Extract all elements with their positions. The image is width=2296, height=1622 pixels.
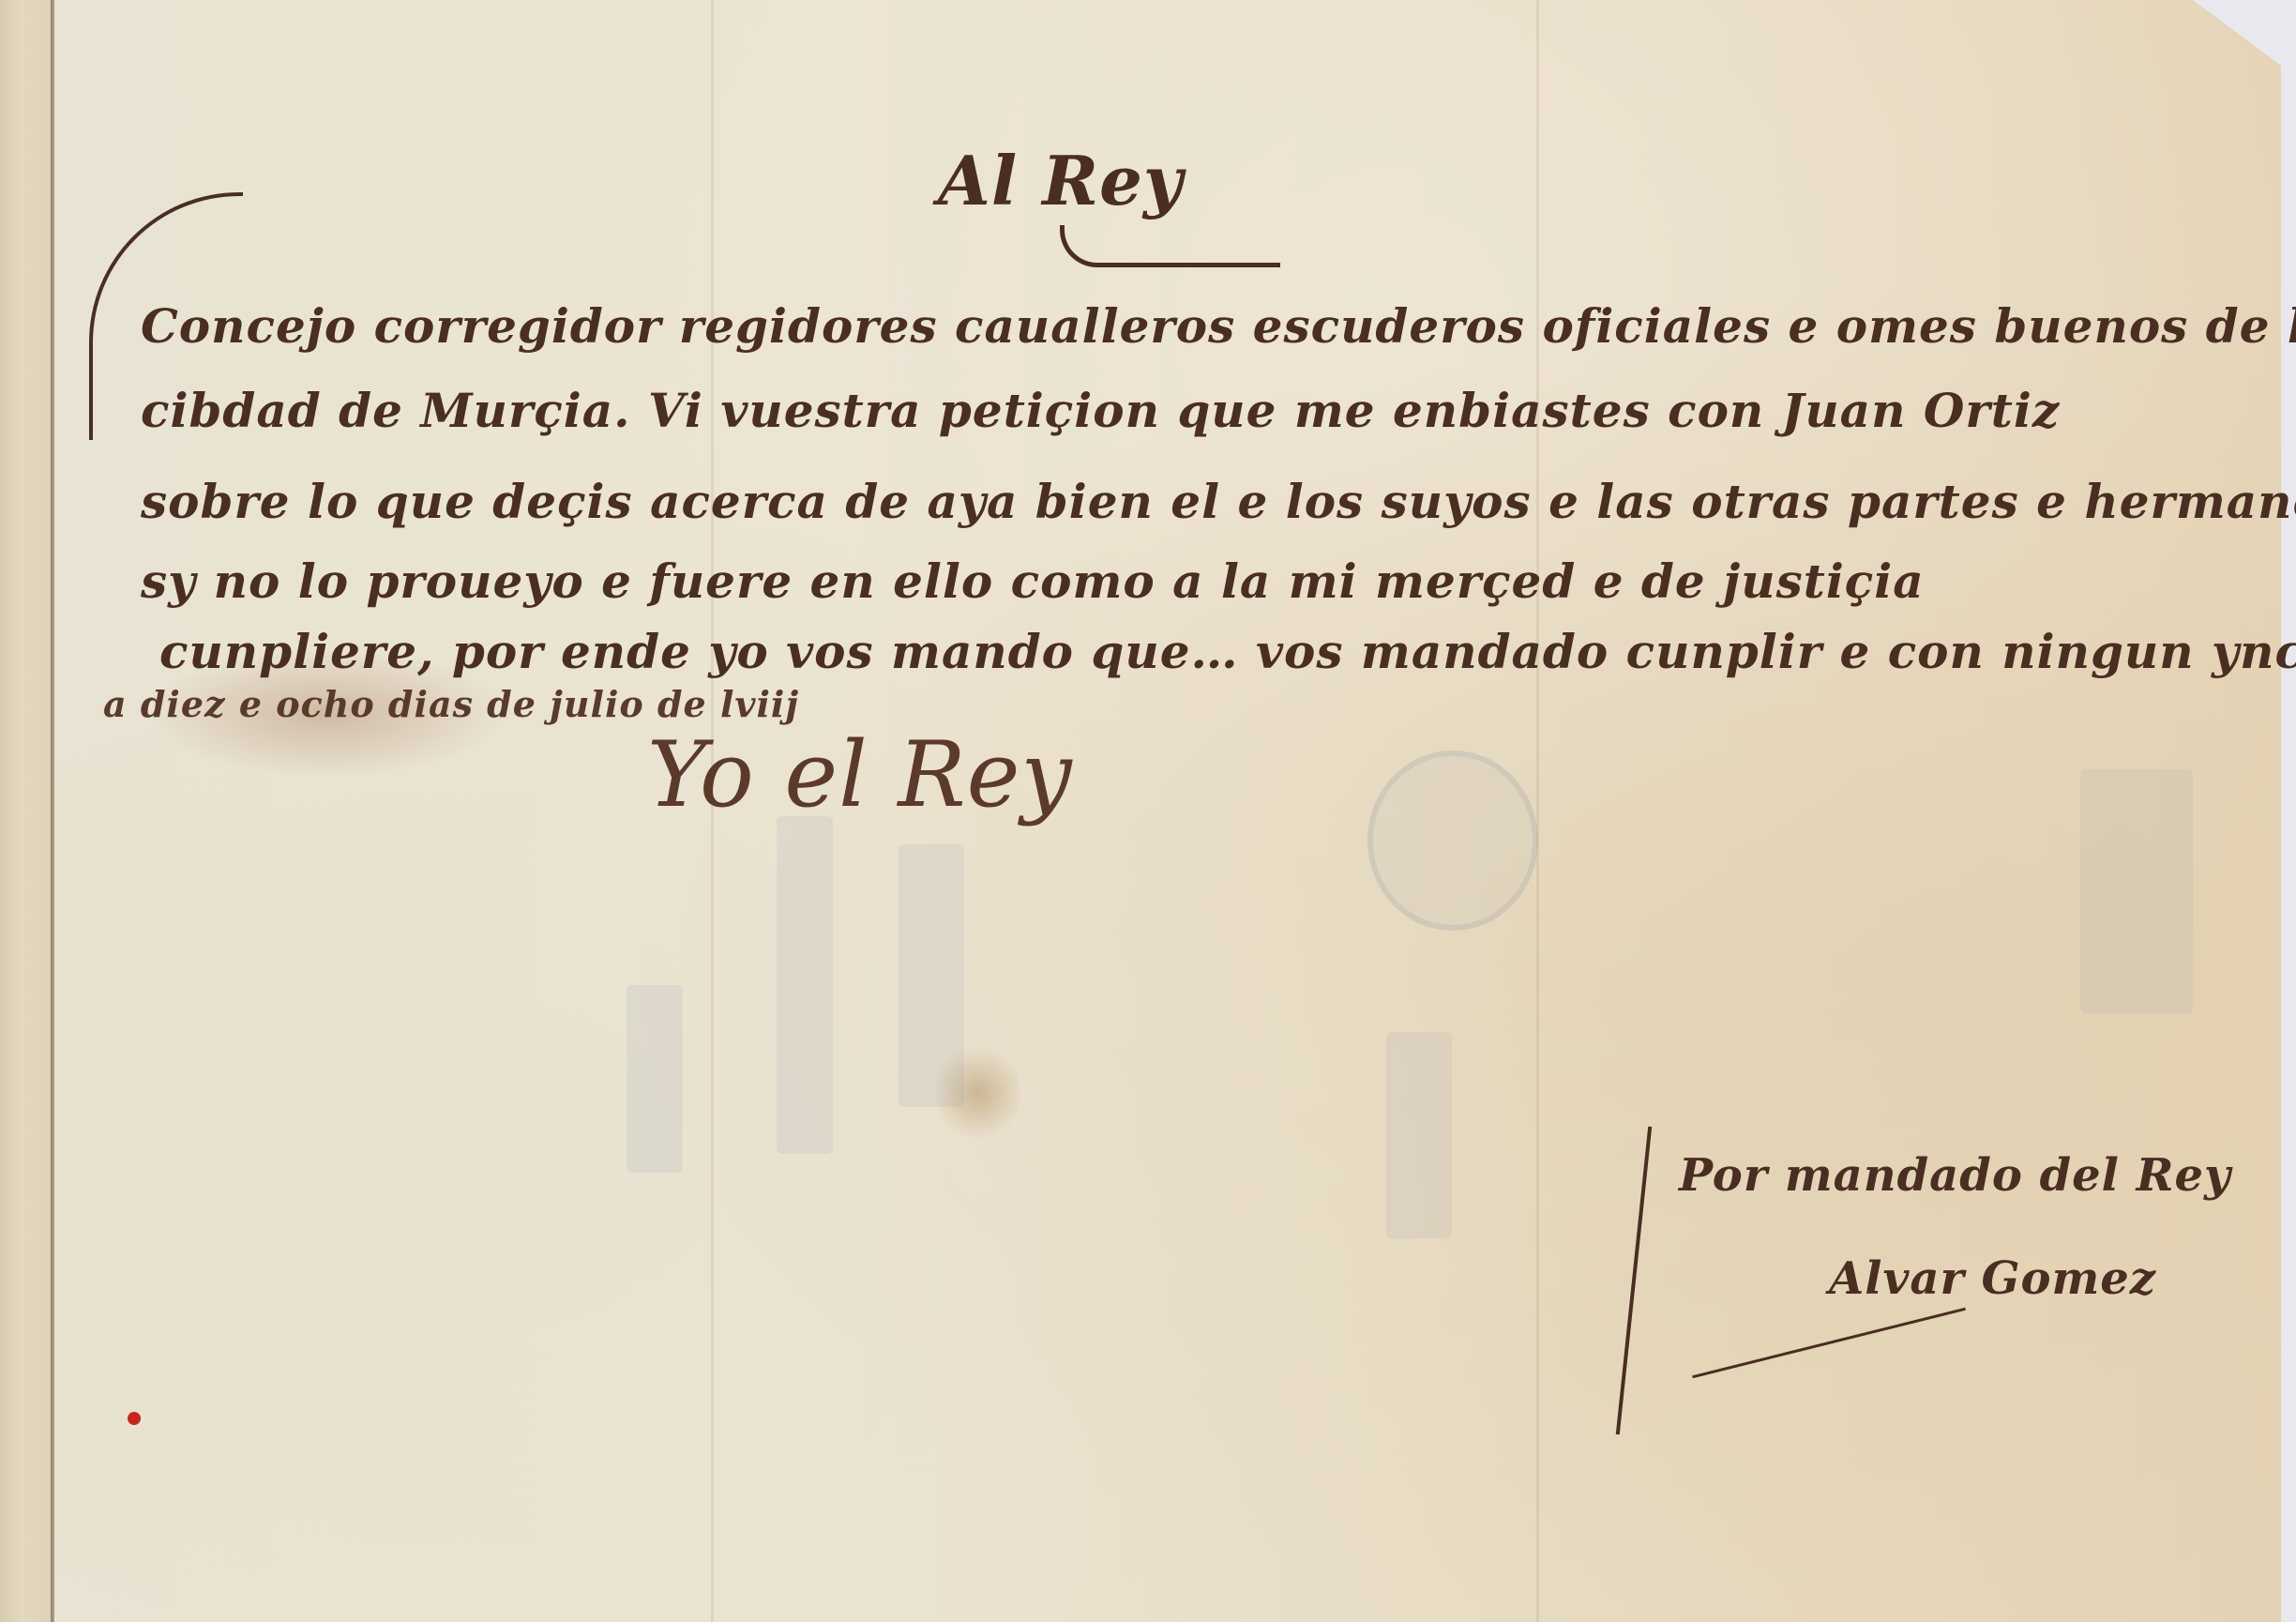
body-line-1: Concejo corregidor regidores caualleros … (141, 298, 2296, 354)
royal-signature: Yo el Rey (647, 722, 1073, 827)
fold-line (1536, 0, 1539, 1622)
bleed-through-text (2080, 769, 2193, 1013)
body-line-5: cunpliere, por ende yo vos mando que… vo… (159, 624, 2296, 679)
bleed-through-text (777, 816, 833, 1154)
red-wax-dot (128, 1412, 141, 1425)
body-line-4: sy no lo proueyo e fuere en ello como a … (141, 553, 1925, 609)
binding-strip (0, 0, 54, 1622)
heading-flourish (1060, 225, 1280, 267)
bleed-through-text (627, 985, 683, 1173)
address-heading: Al Rey (938, 141, 1184, 220)
countersignature-line-1: Por mandado del Rey (1679, 1149, 2231, 1202)
binding-edge (51, 0, 54, 1622)
manuscript-scan: Al Rey Concejo corregidor regidores caua… (0, 0, 2296, 1622)
bleed-through-text (1386, 1032, 1452, 1238)
dating-clause: a diez e ocho dias de julio de lviij (103, 683, 799, 725)
water-stain (936, 1041, 1020, 1144)
bleed-through-seal (1367, 750, 1538, 931)
countersignature-line-2: Alvar Gomez (1829, 1252, 2156, 1305)
body-line-2: cibdad de Murçia. Vi vuestra petiçion qu… (141, 383, 2060, 438)
body-line-3: sobre lo que deçis acerca de aya bien el… (141, 474, 2296, 529)
